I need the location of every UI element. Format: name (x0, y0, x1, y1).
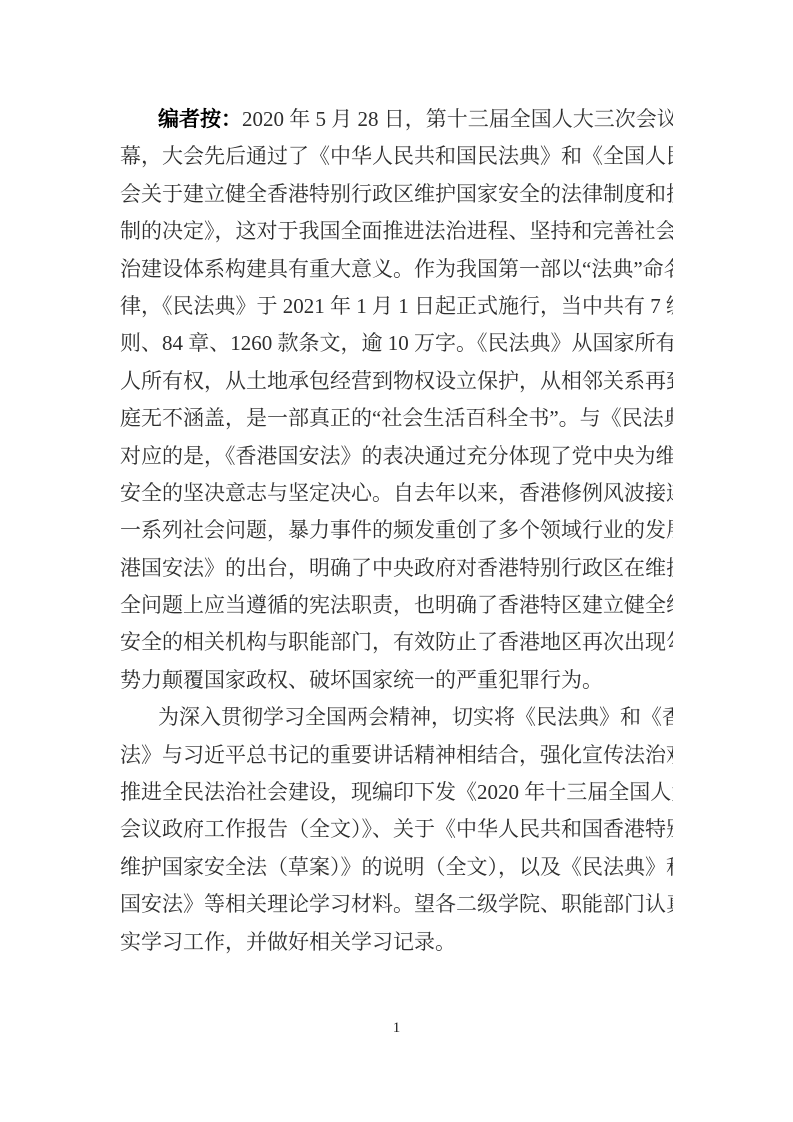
text-line: 法》与习近平总书记的重要讲话精神相结合，强化宣传法治观念意识， (120, 737, 673, 774)
text-line: 庭无不涵盖，是一部真正的“社会生活百科全书”。与《民法典》相 (120, 400, 673, 437)
page-number: 1 (0, 1020, 793, 1037)
text-line: 安全的坚决意志与坚定决心。自去年以来，香港修例风波接连引发了 (120, 475, 673, 512)
text-line: 势力颠覆国家政权、破坏国家统一的严重犯罪行为。 (120, 662, 673, 699)
text-line: 律，《民法典》于 2021 年 1 月 1 日起正式施行，当中共有 7 编加附 (120, 288, 673, 325)
text-line: 港国安法》的出台，明确了中央政府对香港特别行政区在维护国家安 (120, 550, 673, 587)
text-line: 全问题上应当遵循的宪法职责，也明确了香港特区建立健全维护国家 (120, 587, 673, 624)
text-line: 一系列社会问题，暴力事件的频发重创了多个领域行业的发展。《香 (120, 512, 673, 549)
text-line: 实学习工作，并做好相关学习记录。 (120, 924, 673, 961)
text-line: 对应的是，《香港国安法》的表决通过充分体现了党中央为维护国家 (120, 438, 673, 475)
text-line: 编者按：2020 年 5 月 28 日，第十三届全国人大三次会议正式闭 (120, 101, 673, 138)
text-line: 治建设体系构建具有重大意义。作为我国第一部以“法典”命名的法 (120, 251, 673, 288)
paragraph: 编者按：2020 年 5 月 28 日，第十三届全国人大三次会议正式闭幕，大会先… (120, 101, 673, 699)
text-line: 维护国家安全法（草案）》的说明（全文），以及《民法典》和《香港 (120, 849, 673, 886)
document-page: 编者按：2020 年 5 月 28 日，第十三届全国人大三次会议正式闭幕，大会先… (0, 0, 793, 1122)
text-line: 会议政府工作报告（全文）》、关于《中华人民共和国香港特别行政区 (120, 811, 673, 848)
text-line: 幕，大会先后通过了《中华人民共和国民法典》和《全国人民代表大 (120, 138, 673, 175)
text-line: 制的决定》，这对于我国全面推进法治进程、坚持和完善社会主义法 (120, 213, 673, 250)
text-line: 人所有权，从土地承包经营到物权设立保护，从相邻关系再到婚姻家 (120, 363, 673, 400)
text-line: 则、84 章、1260 款条文，逾 10 万字。《民法典》从国家所有权到个 (120, 325, 673, 362)
text-line: 安全的相关机构与职能部门，有效防止了香港地区再次出现勾结境外 (120, 624, 673, 661)
paragraph: 为深入贯彻学习全国两会精神，切实将《民法典》和《香港国安法》与习近平总书记的重要… (120, 699, 673, 961)
editor-note-label: 编者按： (158, 107, 242, 131)
text-line: 为深入贯彻学习全国两会精神，切实将《民法典》和《香港国安 (120, 699, 673, 736)
text-line: 国安法》等相关理论学习材料。望各二级学院、职能部门认真贯彻落 (120, 886, 673, 923)
document-body: 编者按：2020 年 5 月 28 日，第十三届全国人大三次会议正式闭幕，大会先… (120, 101, 673, 961)
text-line: 会关于建立健全香港特别行政区维护国家安全的法律制度和执行机 (120, 176, 673, 213)
text-line: 推进全民法治社会建设，现编印下发《2020 年十三届全国人大三次 (120, 774, 673, 811)
